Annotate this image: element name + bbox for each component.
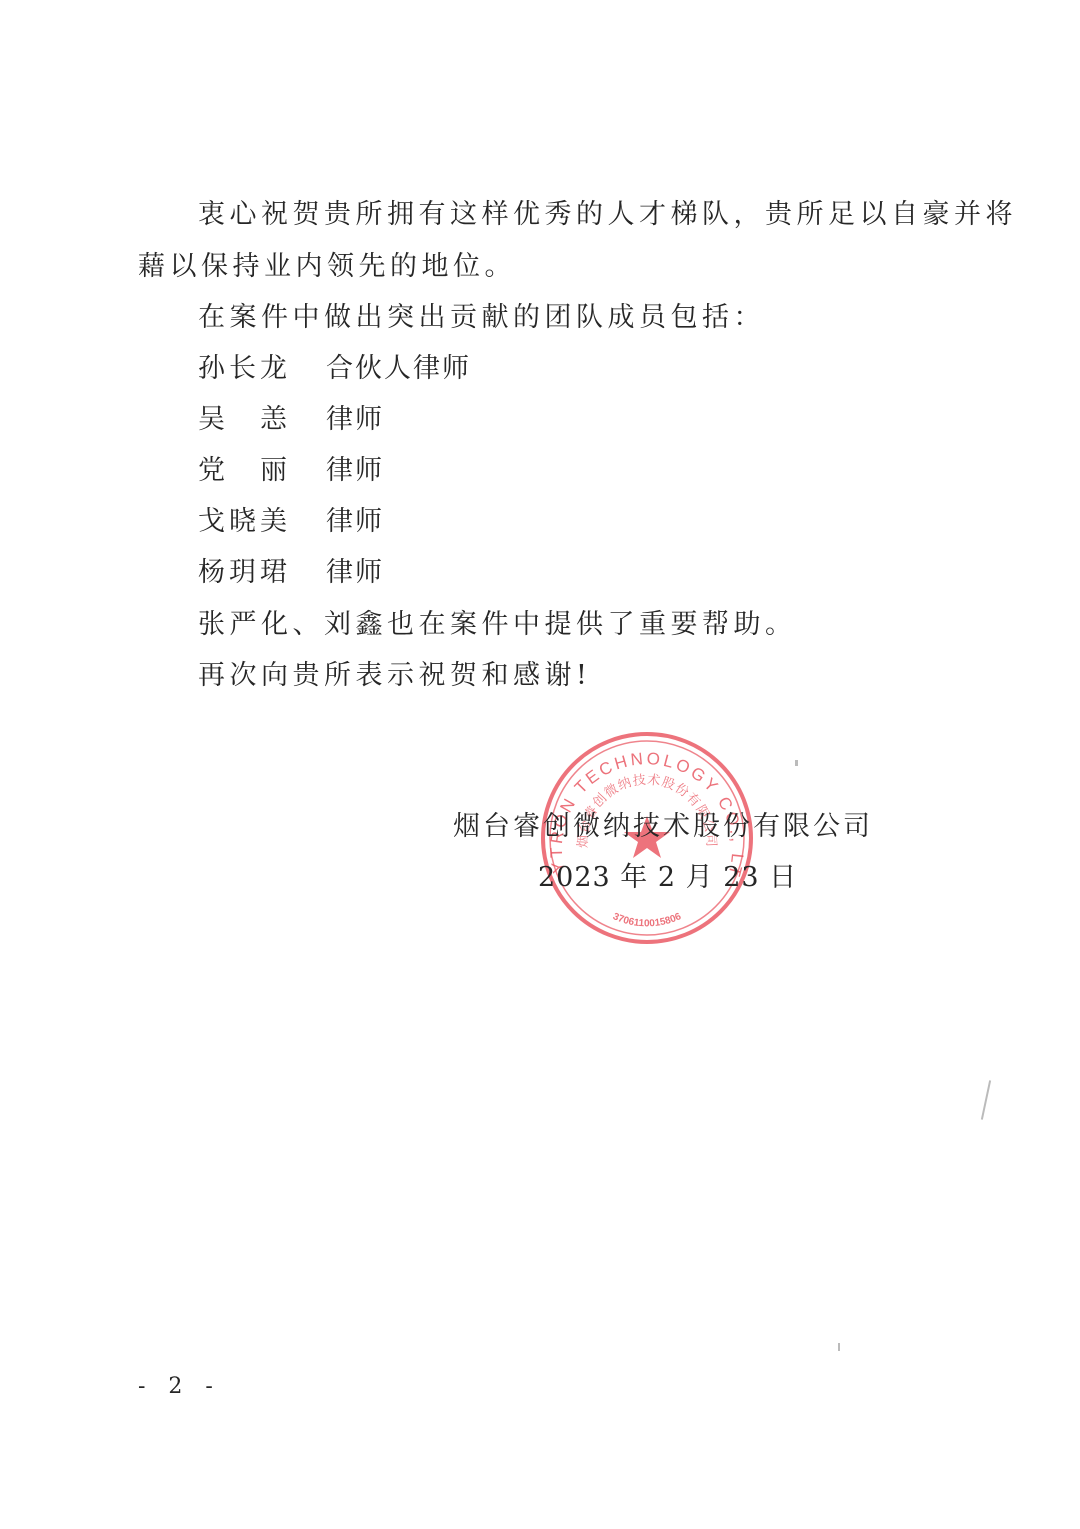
scan-mark bbox=[838, 1343, 840, 1351]
member-role: 合伙人律师 bbox=[326, 352, 471, 386]
member-role: 律师 bbox=[326, 454, 384, 488]
member-name: 孙长龙 bbox=[198, 352, 291, 386]
member-name: 党 丽 bbox=[198, 454, 291, 488]
scan-mark bbox=[981, 1080, 991, 1120]
svg-text:RAYTRON TECHNOLOGY CO., LTD.: RAYTRON TECHNOLOGY CO., LTD. bbox=[537, 728, 747, 881]
team-intro: 在案件中做出突出贡献的团队成员包括： bbox=[198, 301, 765, 335]
member-role: 律师 bbox=[326, 505, 384, 539]
scan-mark bbox=[795, 760, 798, 766]
closing-line: 再次向贵所表示祝贺和感谢! bbox=[198, 659, 591, 693]
signature-company: 烟台睿创微纳技术股份有限公司 bbox=[453, 810, 873, 844]
member-role: 律师 bbox=[326, 403, 384, 437]
member-name: 戈晓美 bbox=[198, 505, 291, 539]
paragraph-congratulations-line2: 藉以保持业内领先的地位。 bbox=[138, 250, 516, 284]
signature-date: 2023 年 2 月 23 日 bbox=[538, 861, 797, 895]
svg-text:3706110015806: 3706110015806 bbox=[611, 911, 683, 929]
helpers-line: 张严化、刘鑫也在案件中提供了重要帮助。 bbox=[198, 608, 797, 642]
page-number: - 2 - bbox=[138, 1374, 221, 1399]
member-name: 吴 恙 bbox=[198, 403, 291, 437]
member-name: 杨玥珺 bbox=[198, 556, 291, 590]
member-role: 律师 bbox=[326, 556, 384, 590]
paragraph-congratulations-line1: 衷心祝贺贵所拥有这样优秀的人才梯队，贵所足以自豪并将 bbox=[198, 198, 1017, 232]
